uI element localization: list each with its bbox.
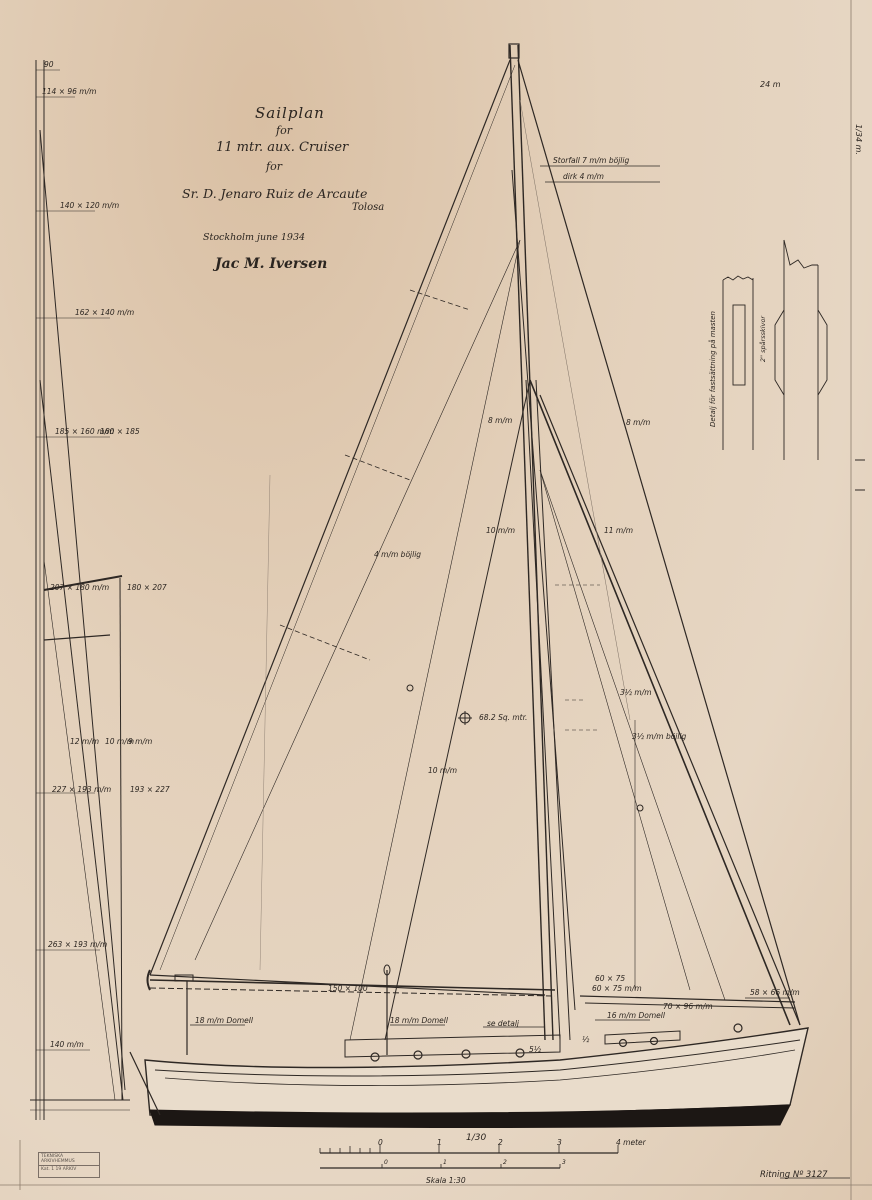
place-date: Stockholm june 1934 bbox=[203, 232, 305, 243]
fitting-label-1: 5½ bbox=[529, 1045, 541, 1054]
title-line2: for bbox=[276, 124, 292, 137]
scale-b-tick-0: 0 bbox=[384, 1159, 388, 1166]
jib-stay-label: 10 m/m bbox=[486, 526, 515, 535]
scale-tick-4: 4 meter bbox=[616, 1138, 646, 1147]
halyard-label: Storfall 7 m/m böjlig bbox=[553, 156, 629, 165]
spar-dim-4: 162 × 140 m/m bbox=[75, 308, 134, 317]
scale-tick-1: 1 bbox=[437, 1138, 442, 1147]
scale-b-tick-3: 3 bbox=[562, 1159, 566, 1166]
forestay-label: 8 m/m bbox=[488, 416, 512, 425]
shroud-12-label: 12 m/m bbox=[70, 737, 99, 746]
scale-b-tick-2: 2 bbox=[503, 1159, 507, 1166]
fitting-label-2: ½ bbox=[582, 1035, 589, 1044]
drawing-number: Ritning Nº 3127 bbox=[760, 1170, 828, 1180]
sail-area-label: 68.2 Sq. mtr. bbox=[479, 713, 527, 722]
backstay-label: 11 m/m bbox=[604, 526, 633, 535]
corner-note: 24 m bbox=[760, 80, 781, 89]
blueprint-sheet: Sailplan for 11 mtr. aux. Cruiser for Sr… bbox=[0, 0, 872, 1200]
spar-dim-7: 227 × 193 m/m bbox=[52, 785, 111, 794]
owner-town: Tolosa bbox=[352, 202, 384, 213]
boom-dim-label: 150 × 100 bbox=[328, 984, 368, 993]
jib-34-label: 3½ m/m bbox=[620, 688, 652, 697]
spar-dim-5-faint: 160 × 185 bbox=[100, 427, 140, 436]
scale-ratio: 1/30 bbox=[466, 1133, 486, 1143]
spar-dim-6-faint: 180 × 207 bbox=[127, 583, 167, 592]
spreader-faint-label: 60 × 75 bbox=[595, 974, 625, 983]
scale-tick-3: 3 bbox=[557, 1138, 562, 1147]
spar-dim-1: 90 bbox=[44, 60, 54, 69]
wire-label: dirk 4 m/m bbox=[563, 172, 604, 181]
spar-dim-9: 140 m/m bbox=[50, 1040, 84, 1049]
forestay-faint-label: 8 m/m bbox=[626, 418, 650, 427]
spar-dim-8: 263 × 193 m/m bbox=[48, 940, 107, 949]
davit-mid-label: 18 m/m Domell bbox=[390, 1016, 448, 1025]
shroud-9-label: 9 m/m bbox=[128, 737, 152, 746]
designer-signature: Jac M. Iversen bbox=[215, 256, 327, 272]
bowsprit-label: 58 × 66 m/m bbox=[750, 988, 800, 997]
mast-detail-caption: Detalj för fastsättning på masten bbox=[709, 311, 717, 427]
jib-sheet-label: 3½ m/m böjlig bbox=[632, 732, 686, 741]
scale-b-tick-1: 1 bbox=[443, 1159, 447, 1166]
scale-caption: Skala 1:30 bbox=[426, 1176, 466, 1185]
se-detalj-label: se detalj bbox=[487, 1019, 519, 1028]
davit-fore-label: 16 m/m Domell bbox=[607, 1011, 665, 1020]
davit-port-label: 18 m/m Domell bbox=[195, 1016, 253, 1025]
spar-dim-6: 207 × 180 m/m bbox=[50, 583, 109, 592]
main-sheet-label: 4 m/m böjlig bbox=[374, 550, 421, 559]
foredeck-spar-label: 70 × 96 m/m bbox=[663, 1002, 713, 1011]
spar-dim-7-faint: 193 × 227 bbox=[130, 785, 170, 794]
archive-stamp: TEKNISKA ARKIVHEMMUS Kat. 1 19 ARKIV bbox=[38, 1152, 100, 1178]
mast-detail-note: 2" spårsskivor bbox=[759, 316, 767, 362]
stamp-line2: Kat. 1 19 ARKIV bbox=[39, 1166, 99, 1173]
margin-note: 1/34 m. bbox=[854, 124, 863, 155]
stamp-line1: TEKNISKA ARKIVHEMMUS bbox=[39, 1153, 99, 1166]
scale-tick-0: 0 bbox=[378, 1138, 383, 1147]
luff-label: 10 m/m bbox=[428, 766, 457, 775]
title-line1: Sailplan bbox=[255, 104, 325, 122]
title-line4: for bbox=[266, 160, 282, 173]
title-line3: 11 mtr. aux. Cruiser bbox=[216, 140, 348, 155]
scale-tick-2: 2 bbox=[498, 1138, 503, 1147]
owner-name: Sr. D. Jenaro Ruiz de Arcaute bbox=[182, 186, 367, 201]
spar-dim-3: 140 × 120 m/m bbox=[60, 201, 119, 210]
spreader-label: 60 × 75 m/m bbox=[592, 984, 642, 993]
spar-dim-2: 114 × 96 m/m bbox=[42, 87, 96, 96]
